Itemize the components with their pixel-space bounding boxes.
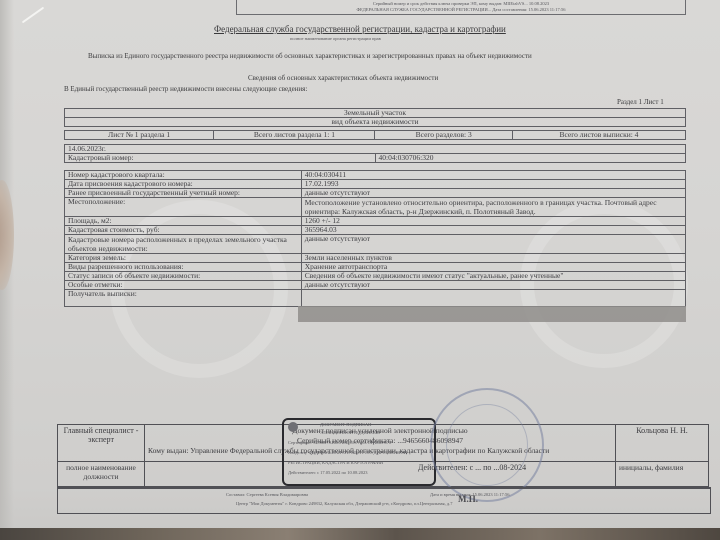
field-row: Виды разрешенного использования: Хранени… (65, 263, 686, 272)
ecp-notice-box: Серийный номер и срок действия ключа про… (236, 0, 686, 15)
field-label: Виды разрешенного использования: (65, 263, 302, 272)
footer-box: Составил: Сергеева Ксения Владимировна Д… (57, 487, 711, 514)
document-title: Выписка из Единого государственного реес… (88, 52, 532, 60)
cadastral-table: 14.06.2023г. Кадастровый номер: 40:04:03… (64, 144, 686, 163)
redacted-recipient (298, 306, 686, 322)
background-surface (0, 528, 720, 540)
field-row: Местоположение: Местоположение установле… (65, 198, 686, 217)
cadastral-number-label: Кадастровый номер: (65, 154, 376, 163)
field-value: данные отсутствуют (301, 281, 685, 290)
section-title: Сведения об основных характеристиках объ… (248, 74, 438, 82)
ecp-line2: ЭЛЕКТРОННОЙ ПОДПИСЬЮ (320, 430, 380, 435)
field-value: 40:04:030411 (301, 171, 685, 180)
field-row: Кадастровая стоимость, руб: 365964.03 (65, 226, 686, 235)
position-title: Главный специалист - эксперт (58, 425, 145, 462)
field-row: Дата присвоения кадастрового номера: 17.… (65, 180, 686, 189)
field-value: Хранение автотранспорта (301, 263, 685, 272)
field-value: 1260 +/- 12 (301, 217, 685, 226)
characteristics-table: Номер кадастрового квартала: 40:04:03041… (64, 170, 686, 307)
field-label: Номер кадастрового квартала: (65, 171, 302, 180)
field-label: Статус записи об объекте недвижимости: (65, 272, 302, 281)
sheet-number: Лист № 1 раздела 1 (65, 131, 214, 140)
ecp-line6: Действителен: с 17.05.2022 по 10.08.2023 (288, 470, 368, 475)
field-row: Особые отметки: данные отсутствуют (65, 281, 686, 290)
total-sheets: Всего листов выписки: 4 (512, 131, 685, 140)
field-label: Площадь, м2: (65, 217, 302, 226)
ecp-line4: Владелец: ФЕДЕРАЛЬНАЯ СЛУЖБА ГОСУДАРСТВЕ… (288, 450, 407, 455)
sheets-in-section: Всего листов раздела 1: 1 (214, 131, 375, 140)
field-label: Местоположение: (65, 198, 302, 217)
field-label: Ранее присвоенный государственный учетны… (65, 189, 302, 198)
agency-name: Федеральная служба государственной регис… (214, 24, 506, 34)
field-row: Кадастровые номера расположенных в преде… (65, 235, 686, 254)
field-label: Особые отметки: (65, 281, 302, 290)
field-value (301, 290, 685, 307)
object-type-caption: вид объекта недвижимости (65, 118, 686, 127)
emblem-icon (288, 422, 298, 432)
field-row: Площадь, м2: 1260 +/- 12 (65, 217, 686, 226)
object-type: Земельный участок (65, 109, 686, 118)
compiler: Составил: Сергеева Ксения Владимировна (226, 492, 308, 497)
field-label: Получатель выписки: (65, 290, 302, 307)
sheet-info-table: Лист № 1 раздела 1 Всего листов раздела … (64, 130, 686, 140)
field-value: 365964.03 (301, 226, 685, 235)
ecp-notice-line2: ФЕДЕРАЛЬНАЯ СЛУЖБА ГОСУДАРСТВЕННОЙ РЕГИС… (237, 7, 685, 12)
intro-text: В Единый государственный реестр недвижим… (64, 85, 307, 93)
ecp-line1: ДОКУМЕНТ ПОДПИСАН (320, 422, 371, 427)
field-value: 17.02.1993 (301, 180, 685, 189)
round-seal (430, 388, 544, 502)
ecp-line3: Сертификат: 3D96B7AB0CA8EC697A3A CFA8BFA… (288, 440, 391, 445)
field-value: данные отсутствуют (301, 235, 685, 254)
field-row: Получатель выписки: (65, 290, 686, 307)
field-row: Ранее присвоенный государственный учетны… (65, 189, 686, 198)
electronic-signature-stamp: ДОКУМЕНТ ПОДПИСАН ЭЛЕКТРОННОЙ ПОДПИСЬЮ С… (282, 418, 436, 486)
ecp-line5: РЕГИСТРАЦИИ, КАДАСТРА И КАРТОГРАФИИ (288, 460, 383, 465)
field-label: Кадастровая стоимость, руб: (65, 226, 302, 235)
service-center: Центр "Мои Документы" г. Кондрово 249832… (236, 501, 452, 506)
section-sheet: Раздел 1 Лист 1 (617, 98, 664, 106)
object-type-table: Земельный участок вид объекта недвижимос… (64, 108, 686, 127)
signer-name: Кольцова Н. Н. (616, 425, 709, 462)
total-sections: Всего разделов: 3 (375, 131, 512, 140)
field-value: Земли населенных пунктов (301, 254, 685, 263)
cadastral-number-value: 40:04:030706:320 (375, 154, 686, 163)
agency-caption: полное наименование органа регистрации п… (290, 36, 381, 41)
position-caption: полное наименование должности (58, 462, 145, 487)
name-caption: инициалы, фамилия (616, 462, 709, 487)
ecp-notice-line1: Серийный номер и срок действия ключа про… (237, 1, 685, 6)
paper-mark (22, 7, 44, 24)
extract-date: 14.06.2023г. (65, 145, 686, 154)
field-value: данные отсутствуют (301, 189, 685, 198)
field-row: Статус записи об объекте недвижимости: С… (65, 272, 686, 281)
field-row: Категория земель: Земли населенных пункт… (65, 254, 686, 263)
field-label: Категория земель: (65, 254, 302, 263)
field-row: Номер кадастрового квартала: 40:04:03041… (65, 171, 686, 180)
field-value: Местоположение установлено относительно … (301, 198, 685, 217)
field-label: Кадастровые номера расположенных в преде… (65, 235, 302, 254)
field-label: Дата присвоения кадастрового номера: (65, 180, 302, 189)
field-value: Сведения об объекте недвижимости имеют с… (301, 272, 685, 281)
mp-mark: М.П. (458, 494, 478, 504)
